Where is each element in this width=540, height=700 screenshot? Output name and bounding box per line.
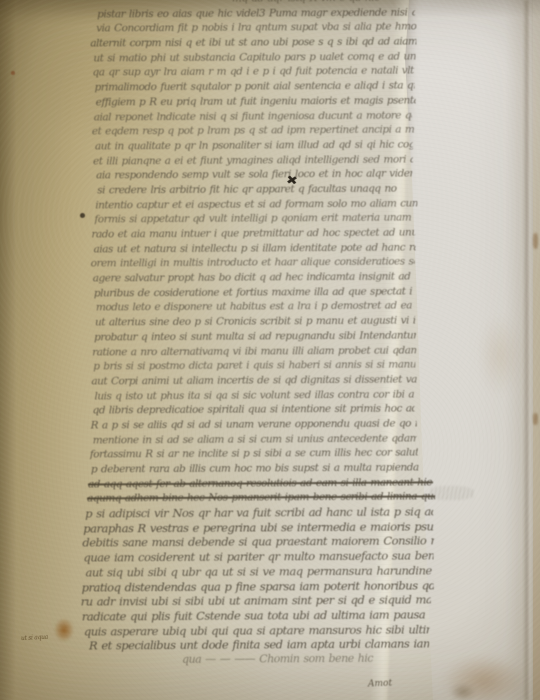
rust-stain: [54, 618, 74, 642]
catchword: Amot: [368, 679, 392, 690]
smudge-bottom: [450, 683, 476, 700]
rust-dot: [11, 71, 15, 75]
text-block: mq ad aqr istq R vm e qd hicpistar libri…: [0, 0, 540, 669]
ink-speck: [80, 213, 85, 218]
ink-blot-x-icon: ✖: [285, 173, 299, 188]
manuscript-line: qua — — —— Chomin som bene hic: [182, 651, 452, 667]
offset-ink-marks: [428, 486, 474, 500]
manuscript-photo: mq ad aqr istq R vm e qd hicpistar libri…: [0, 0, 540, 700]
